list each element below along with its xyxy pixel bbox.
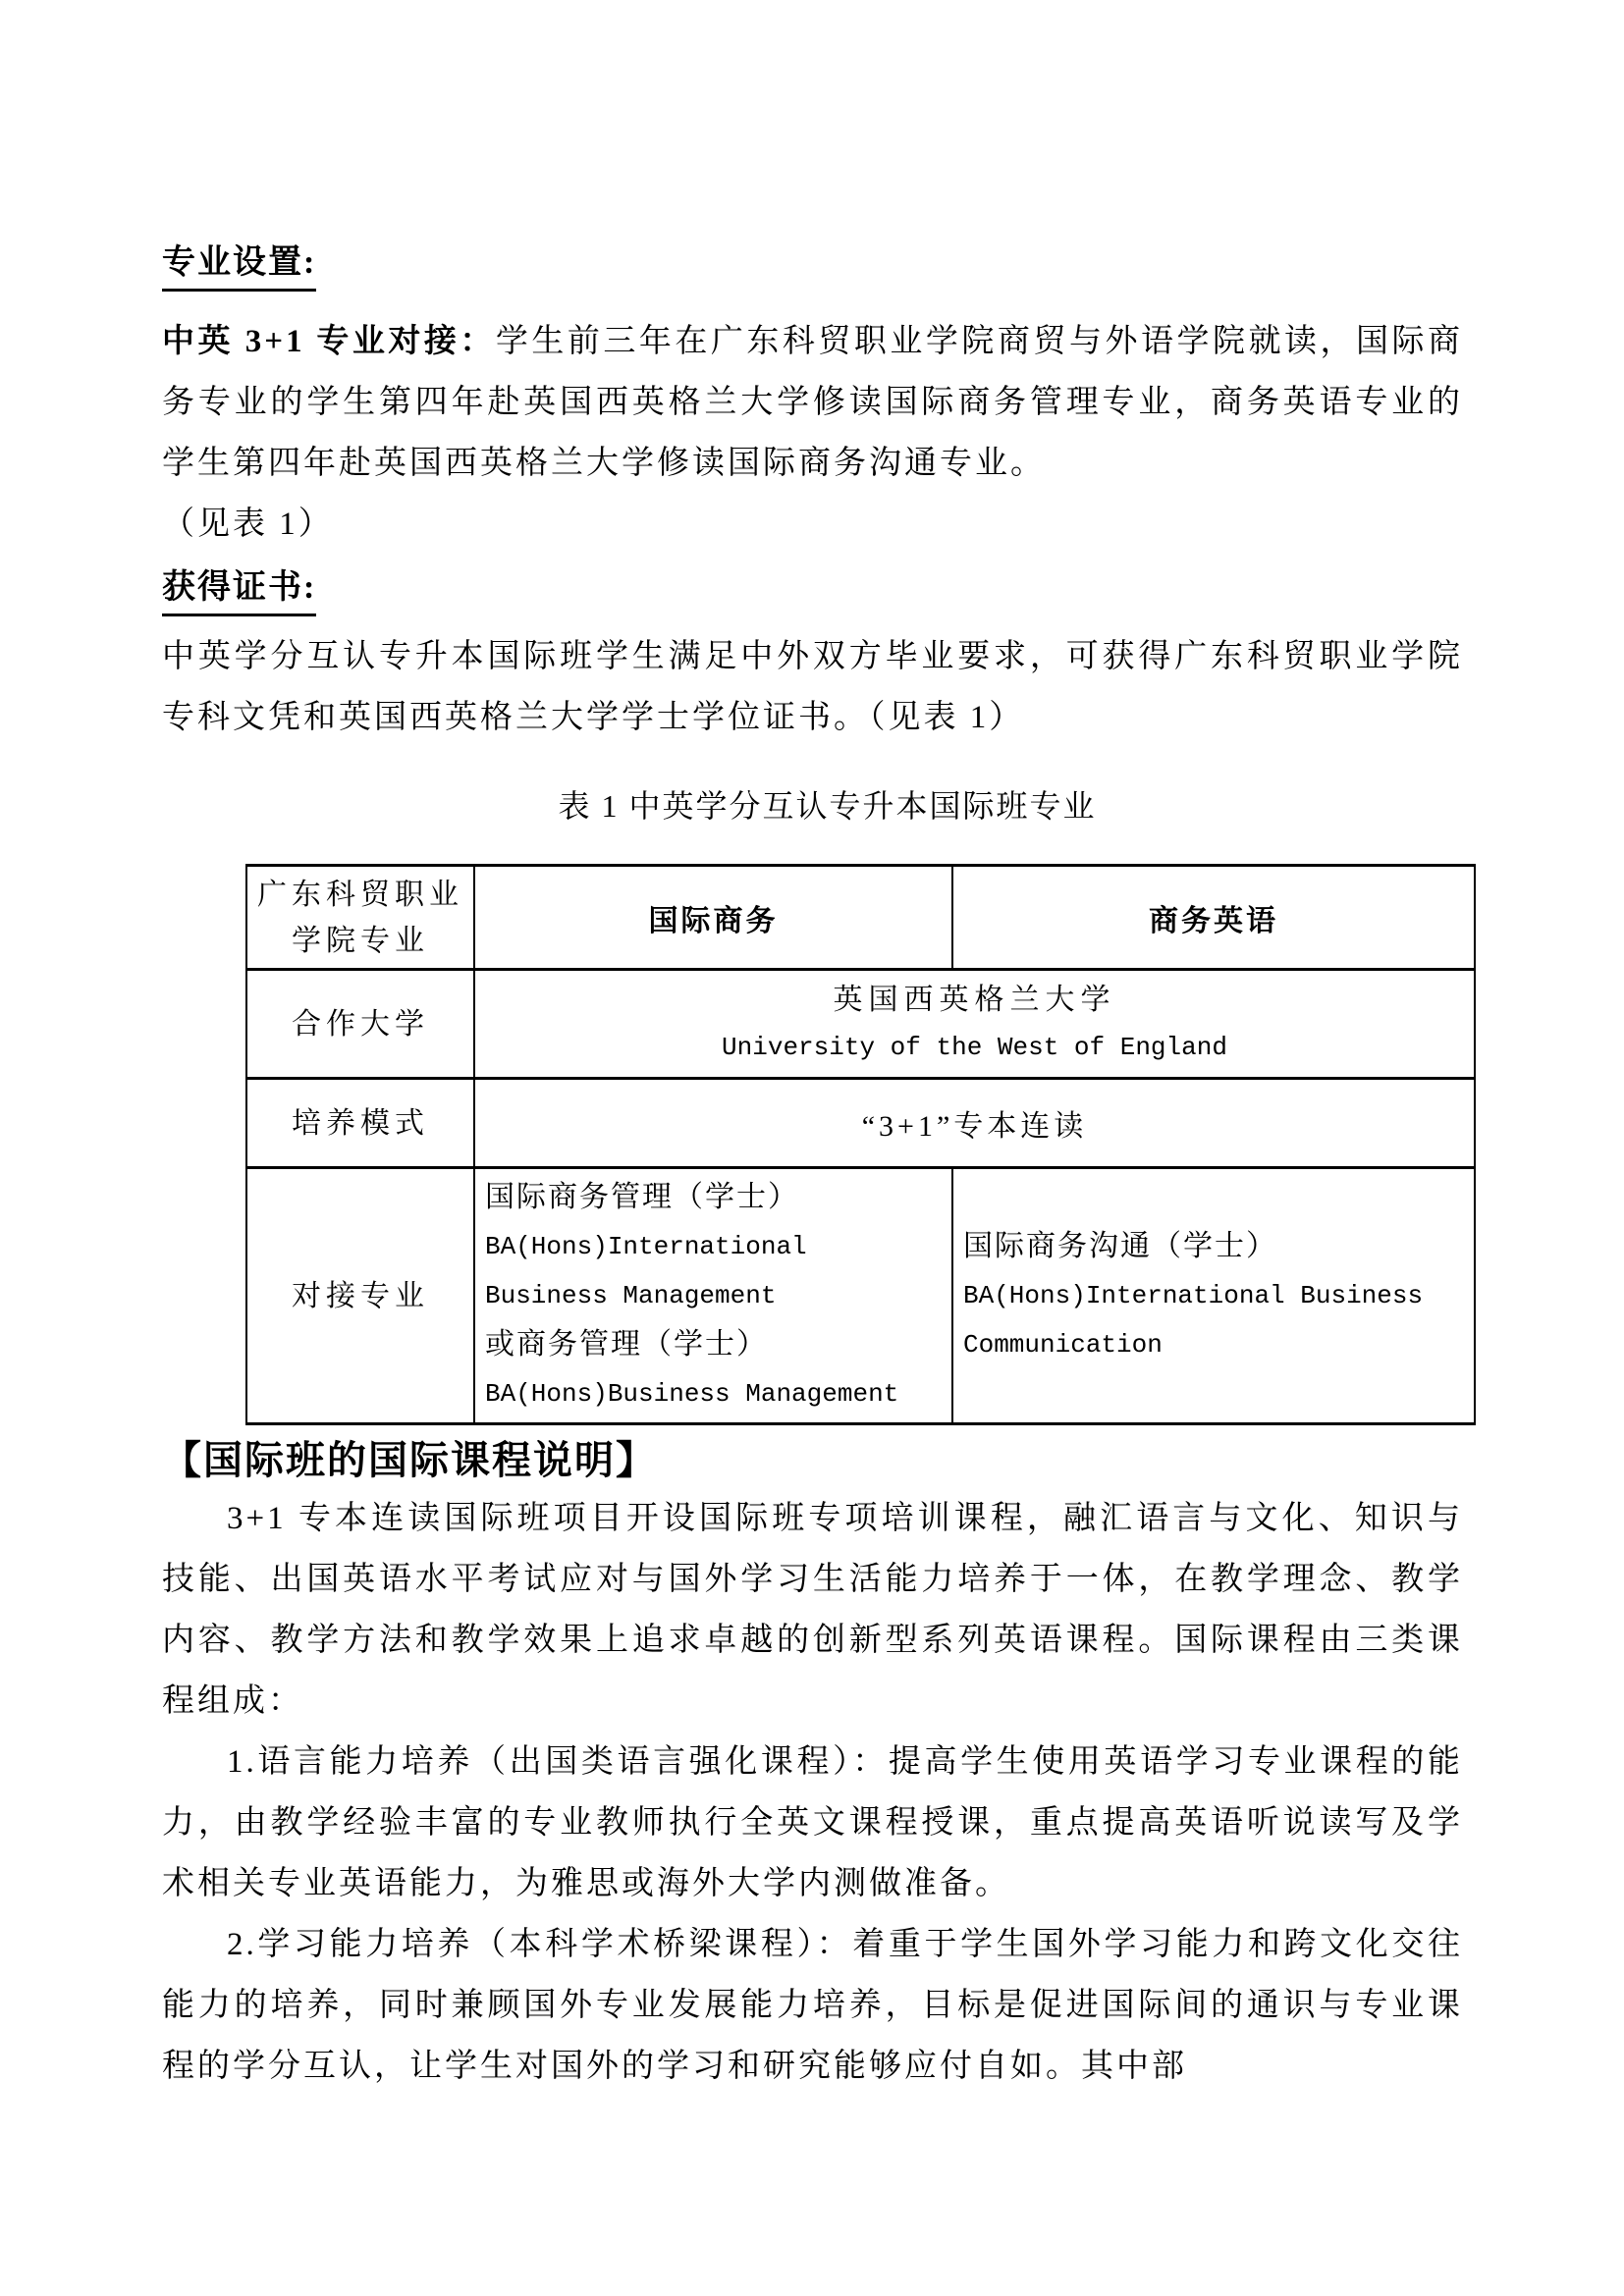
row-label-linked-majors: 对接专业 [246,1168,474,1424]
partner-university-cn: 英国西英格兰大学 [485,977,1464,1024]
linked-major-line: Communication [963,1320,1464,1369]
header-cell-business-english: 商务英语 [952,866,1475,970]
programs-table: 广东科贸职业学院专业 国际商务 商务英语 合作大学 英国西英格兰大学 Unive… [245,864,1476,1425]
document-content: 专业设置: 中英 3+1 专业对接：学生前三年在广东科贸职业学院商贸与外语学院就… [162,241,1463,2097]
table-row-linked-majors: 对接专业 国际商务管理（学士） BA(Hons)International Bu… [246,1168,1475,1424]
cell-training-mode: “3+1”专本连读 [474,1079,1475,1168]
table-caption: 表 1 中英学分互认专升本国际班专业 [245,785,1409,827]
paragraph-articulation-lead: 中英 3+1 专业对接： [162,324,496,359]
section-heading-international-courses: 【国际班的国际课程说明】 [162,1433,1463,1488]
paragraph-language-training: 1.语言能力培养（出国类语言强化课程）：提高学生使用英语学习专业课程的能力，由教… [162,1732,1463,1914]
paragraph-study-skills: 2.学习能力培养（本科学术桥梁课程）：着重于学生国外学习能力和跨文化交往能力的培… [162,1914,1463,2097]
table-row-training-mode: 培养模式 “3+1”专本连读 [246,1079,1475,1168]
section-heading-major-setup: 专业设置: [162,241,1463,292]
see-table-note: （见表 1） [162,494,1463,555]
header-cell-international-business: 国际商务 [474,866,952,970]
paragraph-course-overview: 3+1 专本连读国际班项目开设国际班专项培训课程，融汇语言与文化、知识与技能、出… [162,1488,1463,1732]
partner-university-en: University of the West of England [485,1024,1464,1071]
linked-major-line: BA(Hons)International [485,1222,942,1271]
linked-major-line: 国际商务管理（学士） [485,1173,942,1222]
cell-linked-majors-intl-business: 国际商务管理（学士） BA(Hons)International Busines… [474,1168,952,1424]
table-header-row: 广东科贸职业学院专业 国际商务 商务英语 [246,866,1475,970]
paragraph-program-articulation: 中英 3+1 专业对接：学生前三年在广东科贸职业学院商贸与外语学院就读，国际商务… [162,311,1463,494]
document-page: 专业设置: 中英 3+1 专业对接：学生前三年在广东科贸职业学院商贸与外语学院就… [0,0,1624,2296]
paragraph-certificates: 中英学分互认专升本国际班学生满足中外双方毕业要求，可获得广东科贸职业学院专科文凭… [162,626,1463,748]
row-label-training-mode: 培养模式 [246,1079,474,1168]
section-heading-major-setup-text: 专业设置: [162,241,316,292]
section-heading-certificates: 获得证书: [162,566,1463,616]
cell-partner-university: 英国西英格兰大学 University of the West of Engla… [474,970,1475,1079]
table-row-partner-university: 合作大学 英国西英格兰大学 University of the West of … [246,970,1475,1079]
row-label-partner-university: 合作大学 [246,970,474,1079]
header-cell-college-majors: 广东科贸职业学院专业 [246,866,474,970]
linked-major-line: BA(Hons)Business Management [485,1369,942,1418]
linked-major-line: 国际商务沟通（学士） [963,1222,1464,1271]
section-heading-certificates-text: 获得证书: [162,566,316,616]
cell-linked-majors-business-english: 国际商务沟通（学士） BA(Hons)International Busines… [952,1168,1475,1424]
linked-major-line: BA(Hons)International Business [963,1271,1464,1320]
linked-major-line: Business Management [485,1271,942,1320]
linked-major-line: 或商务管理（学士） [485,1320,942,1369]
